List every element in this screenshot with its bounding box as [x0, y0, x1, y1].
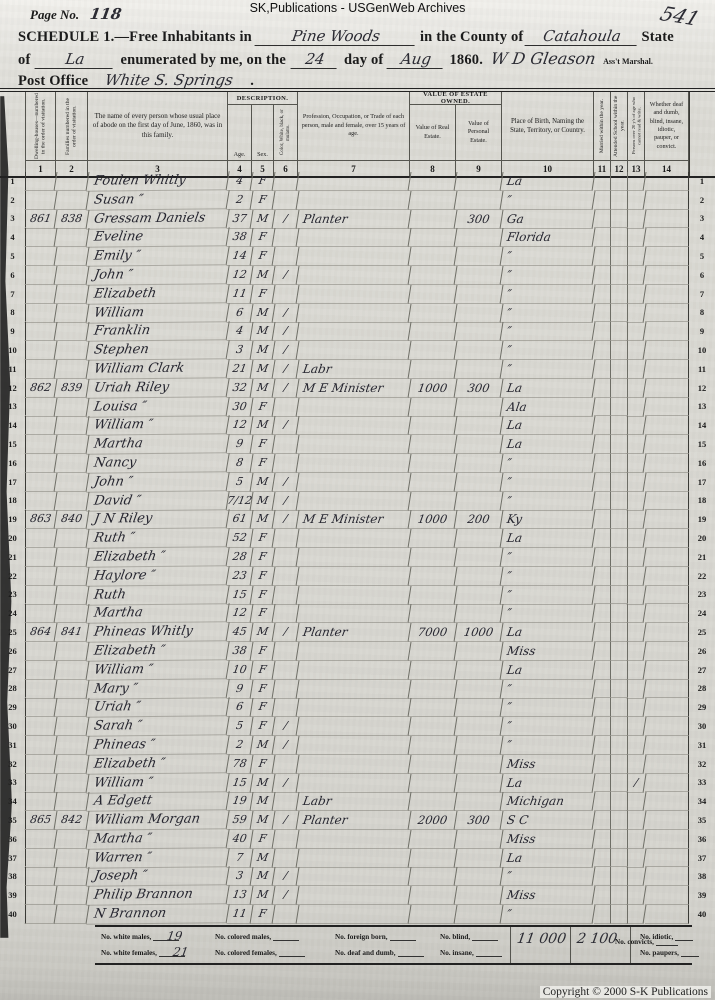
footer-separator-2	[570, 927, 571, 963]
sex-value: M	[251, 811, 276, 830]
dwelling-number: 865	[25, 811, 58, 830]
table-row: 39Philip Brannon13M/Miss39	[0, 886, 715, 905]
dwelling-number	[25, 680, 58, 699]
dwelling-number: 861	[25, 210, 58, 229]
row-number-left: 9	[0, 322, 26, 341]
row-number-right: 3	[689, 210, 715, 229]
school-mark	[611, 736, 628, 755]
family-number	[55, 661, 90, 680]
family-number	[55, 416, 90, 435]
birthplace: ″	[501, 867, 596, 886]
color-tick: /	[273, 886, 300, 905]
sex-value: F	[251, 191, 276, 210]
family-number	[55, 285, 90, 304]
cannot-read-mark	[627, 905, 647, 924]
person-name: Elizabeth	[86, 284, 229, 304]
age-value: 30	[227, 398, 254, 417]
school-mark	[611, 379, 628, 398]
birthplace: Miss	[501, 830, 596, 849]
sex-value: M	[251, 849, 276, 868]
occupation	[297, 435, 412, 454]
cannot-read-mark	[627, 266, 647, 285]
person-name: Uriah ″	[86, 698, 229, 718]
occupation	[297, 755, 412, 774]
married-mark	[594, 285, 611, 304]
person-name: Haylore ″	[86, 566, 229, 586]
real-estate-value: 1000	[409, 510, 458, 529]
table-row: 38Joseph ″3M/″38	[0, 867, 715, 886]
color-tick	[273, 604, 300, 623]
married-mark	[594, 172, 611, 191]
birthplace: ″	[501, 304, 596, 323]
family-number: 839	[55, 379, 90, 398]
row-number-left: 25	[0, 623, 26, 642]
birthplace: ″	[501, 586, 596, 605]
married-mark	[594, 642, 611, 661]
married-mark	[594, 698, 611, 717]
color-tick	[273, 792, 300, 811]
month-handwritten: Aug	[387, 50, 446, 69]
sex-value: F	[251, 830, 276, 849]
col-sex-header: Sex.	[252, 105, 274, 160]
remarks	[645, 867, 689, 886]
remarks	[645, 398, 689, 417]
color-tick	[273, 680, 300, 699]
row-number-right: 19	[689, 510, 715, 529]
col-remarks-label: Whether deaf and dumb, blind, insane, id…	[645, 100, 688, 152]
color-tick: /	[273, 867, 300, 886]
school-mark	[611, 774, 628, 793]
color-tick	[273, 586, 300, 605]
color-tick	[273, 529, 300, 548]
birthplace: ″	[501, 266, 596, 285]
dwelling-number	[25, 191, 58, 210]
real-estate-value	[409, 210, 458, 229]
personal-estate-total-handwritten: 2 100	[576, 931, 619, 947]
school-mark	[611, 228, 628, 247]
totals-footer: No. white males, 19 No. colored males, N…	[95, 925, 692, 965]
family-number	[55, 322, 90, 341]
remarks	[645, 736, 689, 755]
school-mark	[611, 435, 628, 454]
col-personal-estate-header: Value of Personal Estate.	[456, 105, 502, 160]
left-margin-header	[0, 92, 26, 176]
birthplace: La	[501, 529, 596, 548]
personal-estate-value	[455, 586, 504, 605]
occupation	[297, 736, 412, 755]
convicts-label: No. convicts,	[615, 938, 678, 946]
school-mark	[611, 586, 628, 605]
table-row: 21Elizabeth ″28F″21	[0, 548, 715, 567]
married-mark	[594, 717, 611, 736]
remarks	[645, 680, 689, 699]
row-number-left: 37	[0, 849, 26, 868]
family-number	[55, 567, 90, 586]
table-row: 19863840J N Riley61M/M E Minister1000200…	[0, 510, 715, 529]
age-value: 59	[227, 811, 254, 830]
row-number-left: 16	[0, 454, 26, 473]
age-value: 38	[227, 642, 254, 661]
family-number	[55, 529, 90, 548]
real-estate-value	[409, 398, 458, 417]
table-row: 5Emily ″14F″5	[0, 247, 715, 266]
row-number-left: 22	[0, 567, 26, 586]
table-row: 22Haylore ″23F″22	[0, 567, 715, 586]
paupers-label: No. paupers,	[640, 949, 699, 957]
person-name: Mary ″	[86, 679, 229, 699]
person-name: Elizabeth ″	[86, 547, 229, 567]
person-name: Ruth ″	[86, 528, 229, 548]
dwelling-number	[25, 867, 58, 886]
birthplace: ″	[501, 680, 596, 699]
color-tick: /	[273, 341, 300, 360]
occupation	[297, 473, 412, 492]
age-value: 6	[227, 304, 254, 323]
row-number-right: 22	[689, 567, 715, 586]
cannot-read-mark	[627, 473, 647, 492]
school-mark	[611, 849, 628, 868]
real-estate-value: 1000	[409, 379, 458, 398]
school-mark	[611, 811, 628, 830]
school-mark	[611, 698, 628, 717]
occupation: Planter	[297, 210, 412, 229]
row-number-right: 33	[689, 774, 715, 793]
cannot-read-mark	[627, 247, 647, 266]
dwelling-number	[25, 661, 58, 680]
personal-estate-value	[455, 886, 504, 905]
real-estate-value	[409, 717, 458, 736]
cannot-read-mark: /	[627, 774, 647, 793]
occupation	[297, 266, 412, 285]
row-number-right: 18	[689, 492, 715, 511]
school-mark	[611, 322, 628, 341]
dwelling-number	[25, 172, 58, 191]
personal-estate-value	[455, 680, 504, 699]
sex-value: M	[251, 510, 276, 529]
row-number-right: 32	[689, 755, 715, 774]
school-mark	[611, 529, 628, 548]
cannot-read-mark	[627, 736, 647, 755]
remarks	[645, 210, 689, 229]
color-tick	[273, 755, 300, 774]
birthplace: Miss	[501, 755, 596, 774]
row-number-right: 24	[689, 604, 715, 623]
sex-value: F	[251, 548, 276, 567]
row-number-right: 14	[689, 416, 715, 435]
sex-value: M	[251, 736, 276, 755]
married-mark	[594, 736, 611, 755]
table-row: 40N Brannon11F″40	[0, 905, 715, 924]
age-value: 4	[227, 172, 254, 191]
personal-estate-value	[455, 360, 504, 379]
birthplace: ″	[501, 322, 596, 341]
insane-label: No. insane,	[440, 949, 502, 957]
school-mark	[611, 905, 628, 924]
married-mark	[594, 905, 611, 924]
dwelling-number	[25, 717, 58, 736]
color-tick: /	[273, 473, 300, 492]
sex-value: F	[251, 905, 276, 924]
col-color-label: Color, White, black, or mulatto.	[280, 105, 292, 160]
real-estate-value	[409, 830, 458, 849]
foreign-born-label: No. foreign born,	[335, 933, 416, 941]
age-value: 14	[227, 247, 254, 266]
table-row: 13Louisa ″30FAla13	[0, 398, 715, 417]
family-number: 838	[55, 210, 90, 229]
personal-estate-value: 300	[455, 210, 504, 229]
white-males-value-handwritten: 19	[166, 929, 183, 943]
row-number-left: 31	[0, 736, 26, 755]
col-remarks-header: Whether deaf and dumb, blind, insane, id…	[645, 92, 689, 160]
age-value: 13	[227, 886, 254, 905]
cannot-read-mark	[627, 623, 647, 642]
age-value: 2	[227, 736, 254, 755]
personal-estate-value: 300	[455, 379, 504, 398]
occupation	[297, 680, 412, 699]
personal-estate-value	[455, 642, 504, 661]
sex-value: M	[251, 416, 276, 435]
married-mark	[594, 473, 611, 492]
birthplace: Ga	[501, 210, 596, 229]
table-row: 12862839Uriah Riley32M/M E Minister10003…	[0, 379, 715, 398]
row-number-right: 40	[689, 905, 715, 924]
person-name: Susan ″	[86, 190, 229, 210]
color-tick: /	[273, 379, 300, 398]
remarks	[645, 811, 689, 830]
row-number-left: 40	[0, 905, 26, 924]
personal-estate-value	[455, 247, 504, 266]
dwelling-number	[25, 905, 58, 924]
cannot-read-mark	[627, 529, 647, 548]
post-office-handwritten: White S. Springs	[93, 71, 246, 89]
color-tick	[273, 849, 300, 868]
married-mark	[594, 492, 611, 511]
cannot-read-mark	[627, 642, 647, 661]
birthplace: La	[501, 416, 596, 435]
age-value: 19	[227, 792, 254, 811]
person-name: John ″	[86, 265, 229, 285]
school-mark	[611, 247, 628, 266]
dwelling-number	[25, 360, 58, 379]
personal-estate-value	[455, 755, 504, 774]
occupation	[297, 774, 412, 793]
person-name: J N Riley	[86, 510, 229, 530]
married-mark	[594, 322, 611, 341]
age-value: 12	[227, 604, 254, 623]
marshal-signature-handwritten: W D Gleason	[490, 49, 611, 68]
row-number-left: 39	[0, 886, 26, 905]
occupation: M E Minister	[297, 379, 412, 398]
person-name: Martha	[86, 604, 229, 624]
school-mark	[611, 642, 628, 661]
real-estate-value	[409, 416, 458, 435]
row-number-left: 3	[0, 210, 26, 229]
remarks	[645, 435, 689, 454]
table-body: 1Foulen Whitly4FLa12Susan ″2F″23861838Gr…	[0, 172, 715, 924]
birthplace: La	[501, 379, 596, 398]
dwelling-number	[25, 454, 58, 473]
row-number-right: 23	[689, 586, 715, 605]
remarks	[645, 416, 689, 435]
sex-value: M	[251, 774, 276, 793]
row-number-right: 38	[689, 867, 715, 886]
school-mark	[611, 755, 628, 774]
table-row: 4Eveline38FFlorida4	[0, 228, 715, 247]
row-number-left: 7	[0, 285, 26, 304]
color-tick: /	[273, 774, 300, 793]
dwelling-number	[25, 548, 58, 567]
blind-label: No. blind,	[440, 933, 498, 941]
birthplace: S C	[501, 811, 596, 830]
remarks	[645, 586, 689, 605]
remarks	[645, 830, 689, 849]
personal-estate-value	[455, 736, 504, 755]
dwelling-number	[25, 604, 58, 623]
person-name: David ″	[86, 491, 229, 511]
family-number	[55, 642, 90, 661]
married-mark	[594, 210, 611, 229]
family-number	[55, 398, 90, 417]
occupation	[297, 717, 412, 736]
occupation: Labr	[297, 792, 412, 811]
family-number	[55, 360, 90, 379]
sex-value: F	[251, 604, 276, 623]
age-value: 9	[227, 435, 254, 454]
cannot-read-mark	[627, 680, 647, 699]
cannot-read-mark	[627, 228, 647, 247]
remarks	[645, 492, 689, 511]
remarks	[645, 454, 689, 473]
sex-value: M	[251, 379, 276, 398]
table-row: 23Ruth15F″23	[0, 586, 715, 605]
real-estate-value	[409, 755, 458, 774]
age-value: 32	[227, 379, 254, 398]
color-tick: /	[273, 623, 300, 642]
birthplace: La	[501, 661, 596, 680]
person-name: N Brannon	[86, 904, 229, 924]
age-value: 37	[227, 210, 254, 229]
row-number-right: 36	[689, 830, 715, 849]
family-number	[55, 886, 90, 905]
dwelling-number	[25, 567, 58, 586]
personal-estate-value	[455, 473, 504, 492]
cannot-read-mark	[627, 792, 647, 811]
personal-estate-value: 300	[455, 811, 504, 830]
personal-estate-value	[455, 867, 504, 886]
cannot-read-mark	[627, 755, 647, 774]
occupation	[297, 416, 412, 435]
district-handwritten: Pine Woods	[254, 27, 417, 46]
person-name: Emily ″	[86, 246, 229, 266]
real-estate-value	[409, 228, 458, 247]
cannot-read-mark	[627, 341, 647, 360]
dwelling-number	[25, 642, 58, 661]
married-mark	[594, 228, 611, 247]
married-mark	[594, 510, 611, 529]
sex-value: F	[251, 172, 276, 191]
table-row: 33William ″15M/La/33	[0, 774, 715, 793]
family-number	[55, 774, 90, 793]
dwelling-number	[25, 341, 58, 360]
real-estate-value	[409, 191, 458, 210]
color-tick	[273, 228, 300, 247]
sex-value: F	[251, 717, 276, 736]
occupation	[297, 398, 412, 417]
table-row: 14William ″12M/La14	[0, 416, 715, 435]
remarks	[645, 905, 689, 924]
remarks	[645, 548, 689, 567]
sex-value: F	[251, 642, 276, 661]
school-mark	[611, 360, 628, 379]
birthplace: La	[501, 172, 596, 191]
age-value: 4	[227, 322, 254, 341]
age-value: 2	[227, 191, 254, 210]
real-estate-value	[409, 642, 458, 661]
row-number-left: 17	[0, 473, 26, 492]
cannot-read-mark	[627, 510, 647, 529]
birthplace: La	[501, 435, 596, 454]
col-dwelling-label: Dwelling-houses—numbered in the order of…	[34, 92, 47, 160]
married-mark	[594, 755, 611, 774]
person-name: John ″	[86, 472, 229, 492]
color-tick	[273, 567, 300, 586]
married-mark	[594, 792, 611, 811]
school-mark	[611, 210, 628, 229]
row-number-left: 15	[0, 435, 26, 454]
page-number-handwritten: 118	[89, 5, 123, 23]
family-number	[55, 792, 90, 811]
row-number-right: 28	[689, 680, 715, 699]
col-personal-estate-label: Value of Personal Estate.	[456, 119, 501, 146]
row-number-left: 21	[0, 548, 26, 567]
family-number	[55, 172, 90, 191]
person-name: Ruth	[86, 585, 229, 605]
family-number	[55, 228, 90, 247]
person-name: Elizabeth ″	[86, 641, 229, 661]
real-estate-value	[409, 285, 458, 304]
person-name: Nancy	[86, 453, 229, 473]
family-number	[55, 736, 90, 755]
birthplace: ″	[501, 360, 596, 379]
cannot-read-mark	[627, 172, 647, 191]
footer-separator-1	[510, 927, 511, 963]
school-mark	[611, 680, 628, 699]
occupation	[297, 849, 412, 868]
dwelling-number: 862	[25, 379, 58, 398]
dwelling-number	[25, 886, 58, 905]
age-value: 38	[227, 228, 254, 247]
personal-estate-value	[455, 792, 504, 811]
color-tick: /	[273, 492, 300, 511]
color-tick	[273, 661, 300, 680]
row-number-right: 31	[689, 736, 715, 755]
real-estate-value	[409, 473, 458, 492]
occupation	[297, 548, 412, 567]
age-value: 6	[227, 698, 254, 717]
family-number	[55, 473, 90, 492]
row-number-left: 30	[0, 717, 26, 736]
personal-estate-value	[455, 435, 504, 454]
birthplace: ″	[501, 548, 596, 567]
row-number-left: 29	[0, 698, 26, 717]
row-number-left: 23	[0, 586, 26, 605]
dwelling-number	[25, 529, 58, 548]
birthplace: ″	[501, 492, 596, 511]
person-name: Stephen	[86, 340, 229, 360]
row-number-right: 1	[689, 172, 715, 191]
birthplace: La	[501, 849, 596, 868]
remarks	[645, 322, 689, 341]
